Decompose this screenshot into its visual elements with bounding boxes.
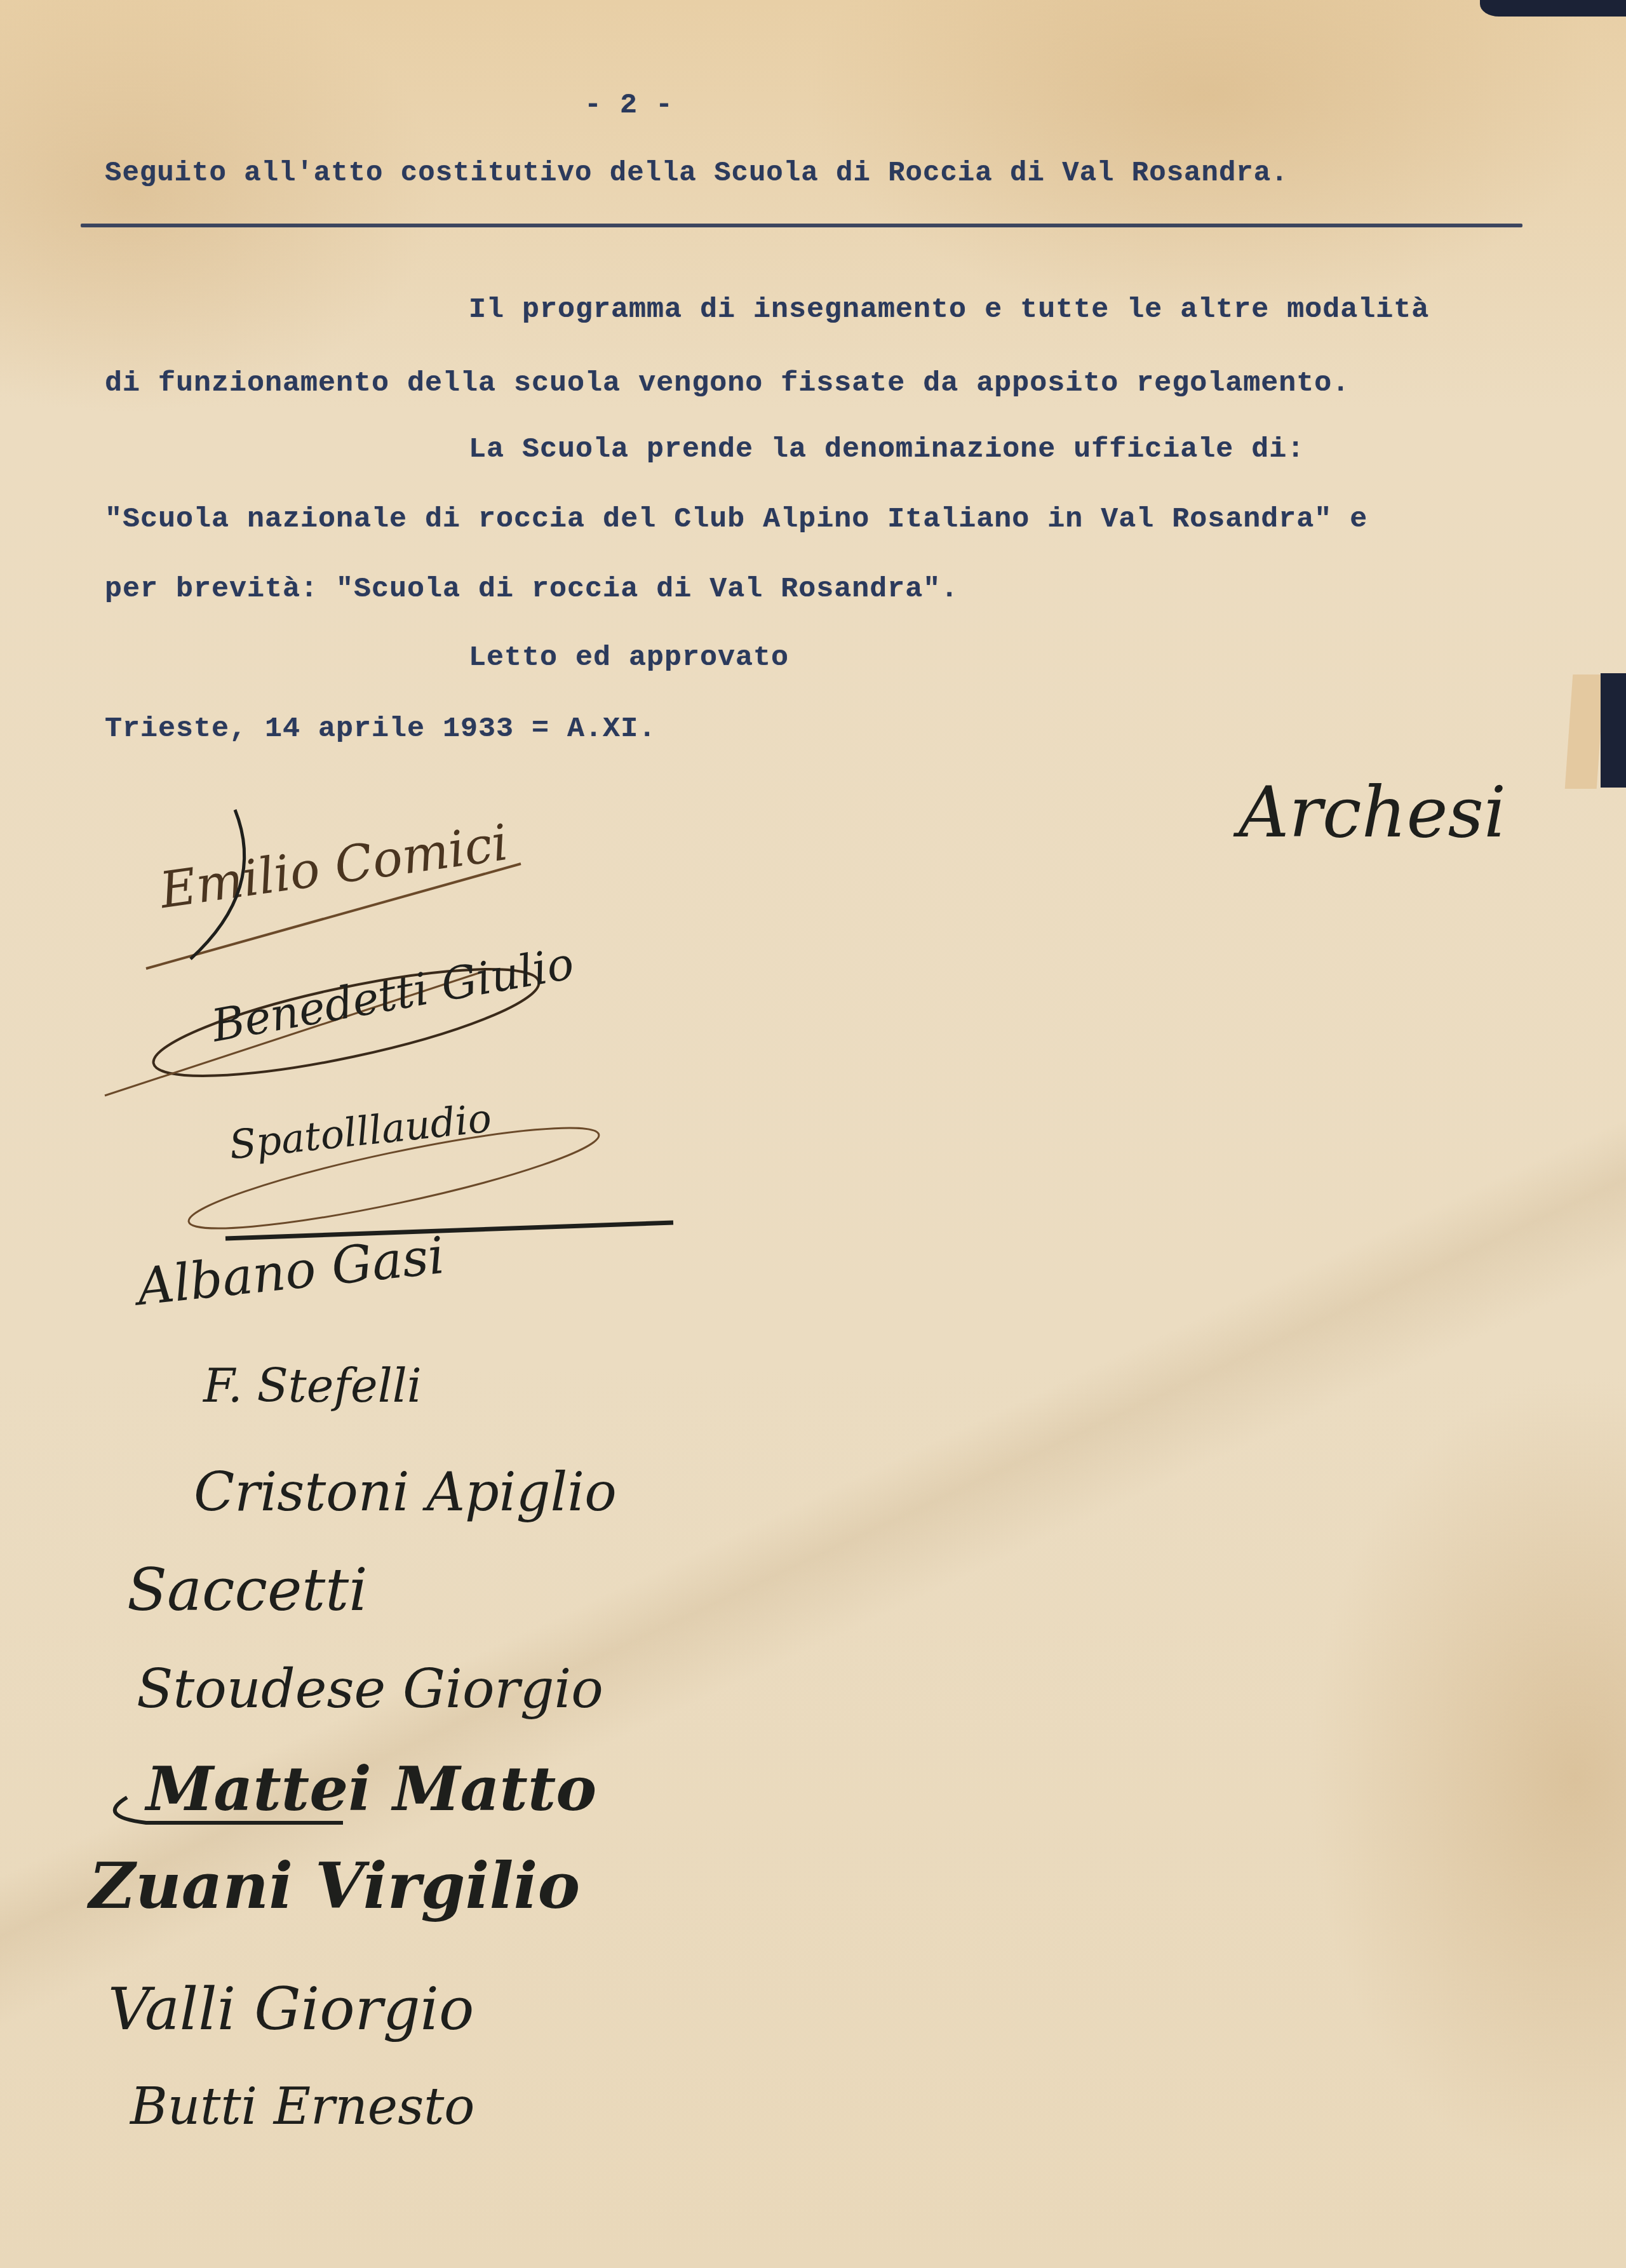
signature-6: Cristoni Apiglio xyxy=(194,1461,617,1523)
signature-12: Butti Ernesto xyxy=(130,2077,475,2136)
signature-11: Valli Giorgio xyxy=(108,1975,474,2043)
signature-8: Stoudese Giorgio xyxy=(137,1658,603,1720)
signature-5: F. Stefelli xyxy=(203,1359,422,1412)
signature-7: Saccetti xyxy=(127,1556,368,1624)
signature-9: Mattei Matto xyxy=(146,1753,596,1825)
signature-10: Zuani Virgilio xyxy=(89,1848,580,1923)
